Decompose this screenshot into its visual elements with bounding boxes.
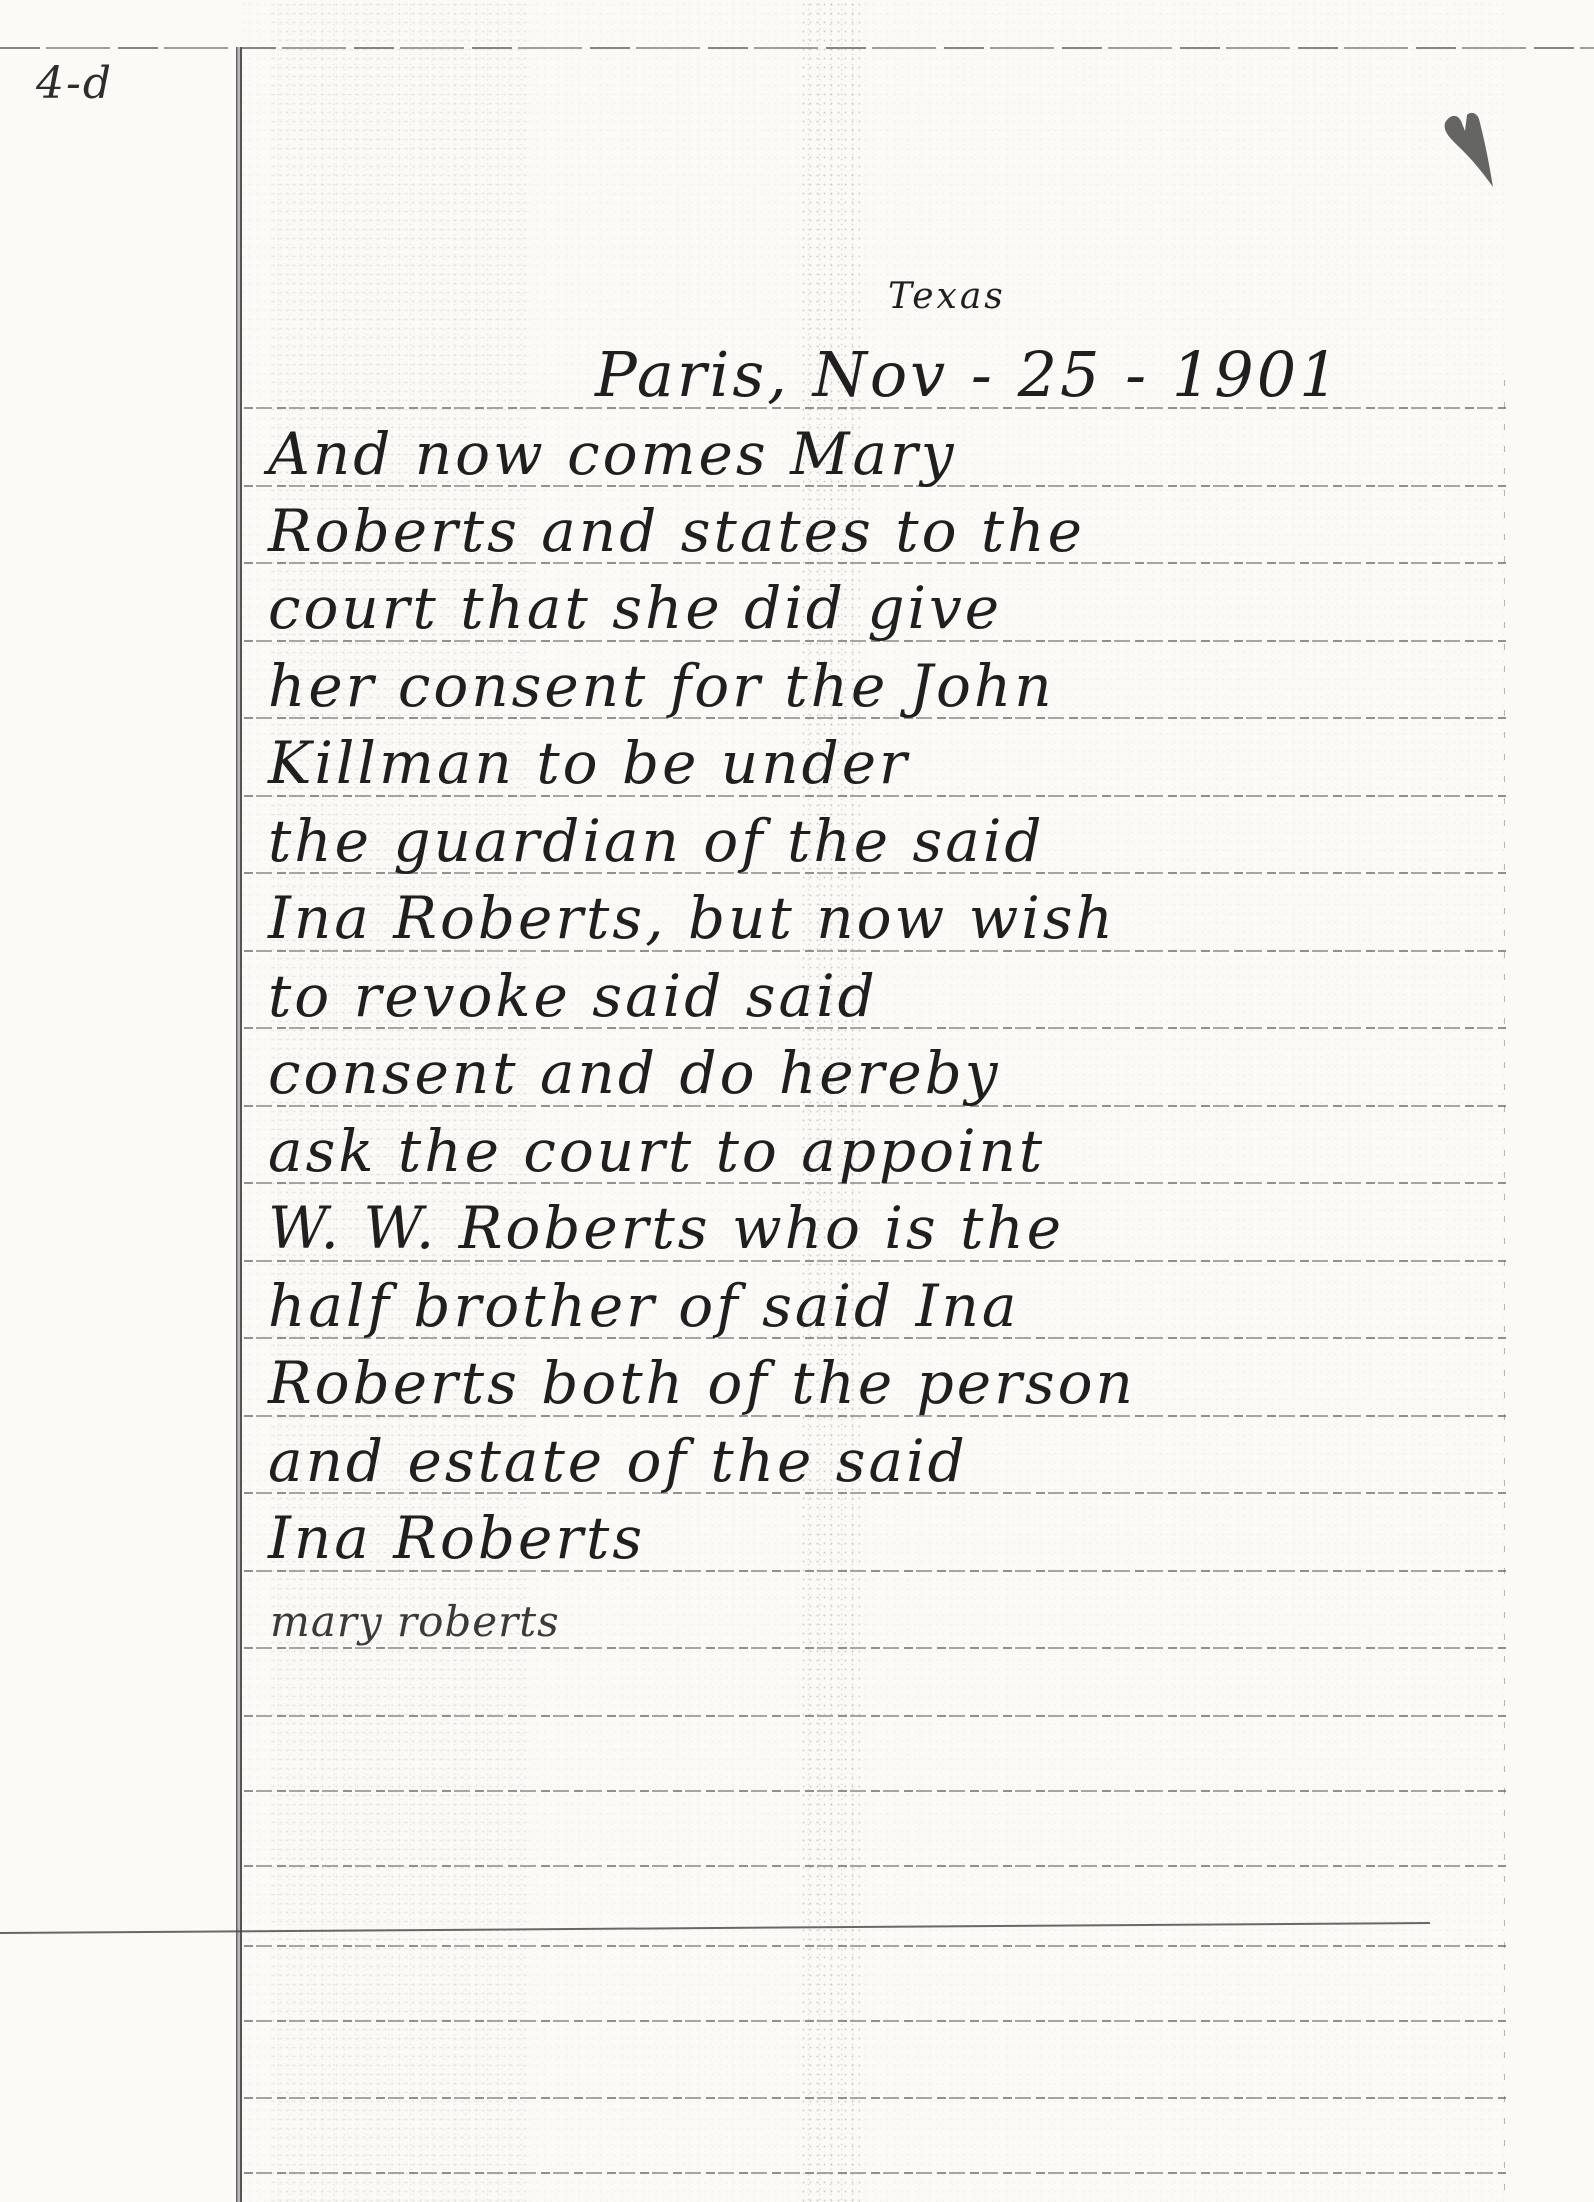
body-line: And now comes Mary bbox=[268, 420, 957, 488]
body-line: court that she did give bbox=[268, 574, 1002, 642]
body-line: W. W. Roberts who is the bbox=[268, 1194, 1064, 1262]
body-line: her consent for the John bbox=[268, 652, 1055, 720]
body-line: Roberts both of the person bbox=[268, 1349, 1136, 1417]
body-line: Ina Roberts bbox=[268, 1504, 645, 1572]
body-line: consent and do hereby bbox=[268, 1039, 1001, 1107]
ruled-line bbox=[244, 1790, 1506, 1792]
ruled-line bbox=[244, 2172, 1506, 2174]
right-margin-line bbox=[1504, 380, 1505, 2202]
document-page: 4-d Texas Paris, Nov - 25 - 1901 And now… bbox=[0, 0, 1594, 2202]
signature: mary roberts bbox=[270, 1597, 560, 1646]
body-line: to revoke said said bbox=[268, 962, 878, 1030]
body-line: ask the court to appoint bbox=[268, 1117, 1045, 1185]
ruled-line bbox=[244, 1945, 1506, 1947]
ruled-line bbox=[244, 1865, 1506, 1867]
body-line: Ina Roberts, but now wish bbox=[268, 884, 1116, 952]
body-line: Roberts and states to the bbox=[268, 497, 1085, 565]
ruled-line bbox=[244, 2020, 1506, 2022]
body-line: Killman to be under bbox=[268, 729, 910, 797]
header-state: Texas bbox=[888, 276, 1006, 317]
body-line: and estate of the said bbox=[268, 1427, 968, 1495]
ruled-line bbox=[244, 2097, 1506, 2099]
body-line: the guardian of the said bbox=[268, 807, 1045, 875]
corner-smudge-icon bbox=[1443, 103, 1495, 188]
ruled-line bbox=[244, 1715, 1506, 1717]
left-margin-line bbox=[236, 47, 242, 2202]
header-place-date: Paris, Nov - 25 - 1901 bbox=[595, 338, 1342, 411]
ruled-line bbox=[244, 1647, 1506, 1649]
page-number: 4-d bbox=[36, 58, 113, 109]
body-line: half brother of said Ina bbox=[268, 1272, 1019, 1340]
